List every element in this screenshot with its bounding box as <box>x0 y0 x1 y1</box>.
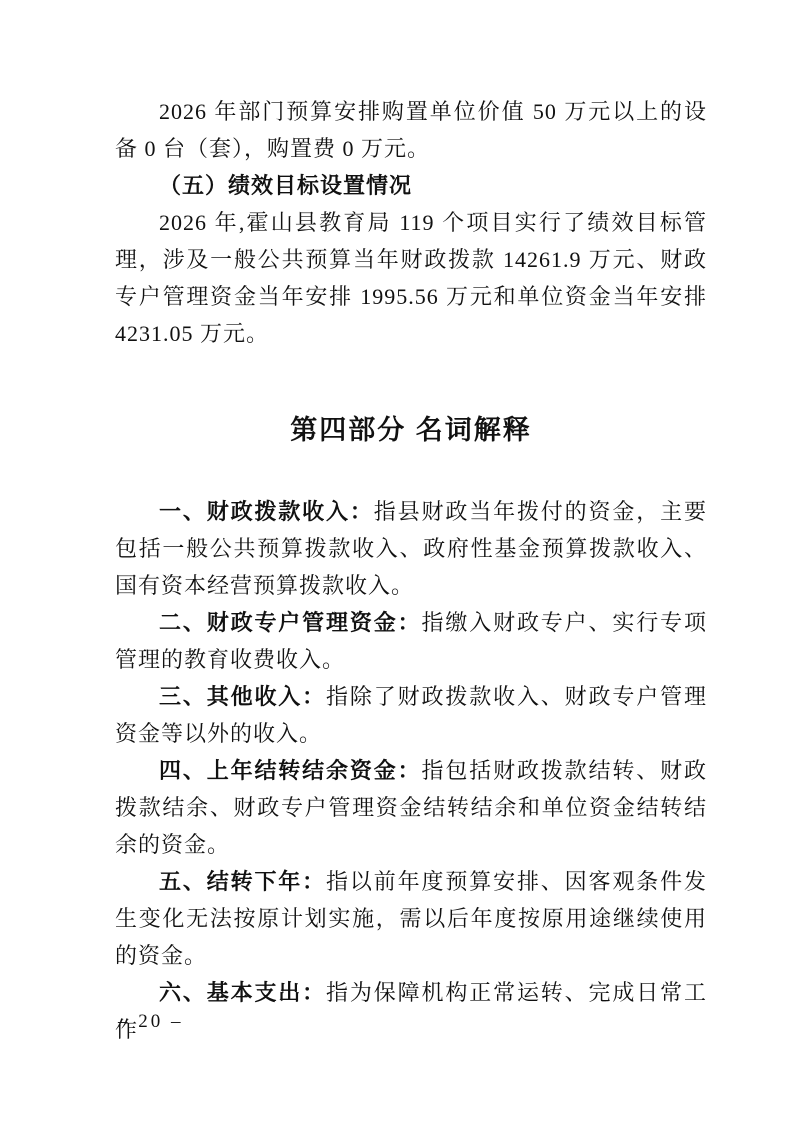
glossary-item-fiscal-appropriation-income: 一、财政拨款收入：指县财政当年拨付的资金，主要包括一般公共预算拨款收入、政府性基… <box>115 493 707 604</box>
subsection-heading-performance-targets: （五）绩效目标设置情况 <box>115 167 707 204</box>
glossary-term: 二、财政专户管理资金： <box>159 610 422 635</box>
glossary-item-carryover-to-next-year: 五、结转下年：指以前年度预算安排、因客观条件发生变化无法按原计划实施，需以后年度… <box>115 863 707 974</box>
section-title: 第四部分 名词解释 <box>115 410 707 450</box>
paragraph-performance-targets: 2026 年,霍山县教育局 119 个项目实行了绩效目标管理，涉及一般公共预算当… <box>115 204 707 352</box>
glossary-term: 一、财政拨款收入： <box>159 499 374 524</box>
glossary-term: 六、基本支出： <box>159 980 326 1005</box>
glossary-item-special-account-funds: 二、财政专户管理资金：指缴入财政专户、实行专项管理的教育收费收入。 <box>115 604 707 678</box>
glossary-term: 三、其他收入： <box>159 684 326 709</box>
paragraph-equipment-purchase: 2026 年部门预算安排购置单位价值 50 万元以上的设备 0 台（套），购置费… <box>115 93 707 167</box>
glossary-item-other-income: 三、其他收入：指除了财政拨款收入、财政专户管理资金等以外的收入。 <box>115 678 707 752</box>
glossary-item-basic-expenditure: 六、基本支出：指为保障机构正常运转、完成日常工作 <box>115 974 707 1048</box>
glossary-item-carryover-surplus-funds: 四、上年结转结余资金：指包括财政拨款结转、财政拨款结余、财政专户管理资金结转结余… <box>115 752 707 863</box>
glossary-term: 四、上年结转结余资金： <box>159 758 422 783</box>
document-content: 2026 年部门预算安排购置单位价值 50 万元以上的设备 0 台（套），购置费… <box>115 93 707 1048</box>
page-number: – 20 – <box>118 1008 184 1036</box>
document-page: 2026 年部门预算安排购置单位价值 50 万元以上的设备 0 台（套），购置费… <box>0 0 793 1122</box>
glossary-term: 五、结转下年： <box>159 869 326 894</box>
